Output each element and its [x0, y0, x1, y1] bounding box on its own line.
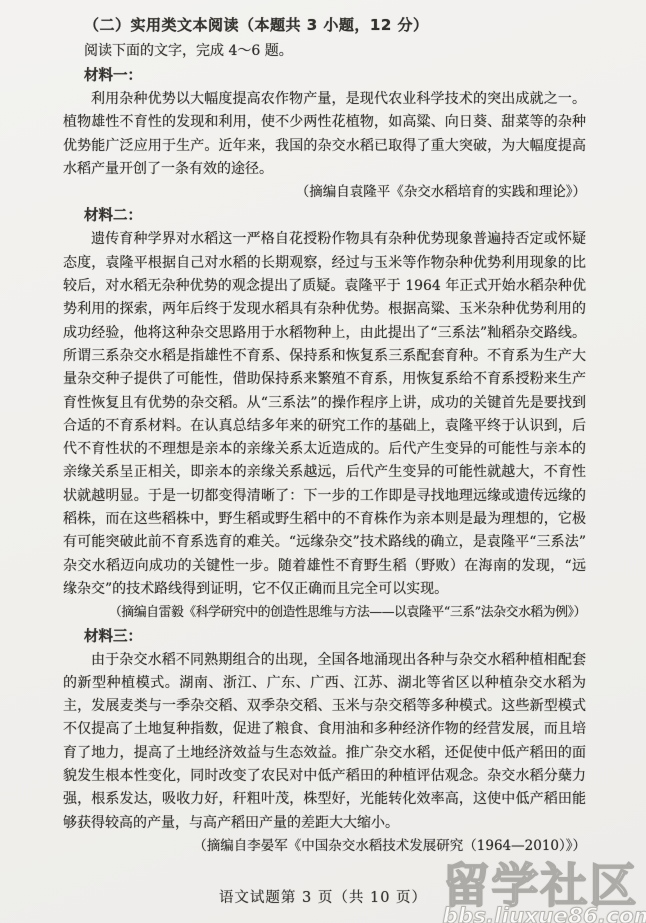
- material-3-paragraph: 由于杂交水稻不同熟期组合的出现，全国各地涌现出各种与杂交水稻种植相配套的新型种植…: [63, 649, 586, 835]
- material-2-citation: （摘编自雷毅《科学研究中的创造性思维与方法——以袁隆平“三系”法杂交水稻为例》）: [63, 601, 586, 624]
- material-1-paragraph: 利用杂种优势以大幅度提高农作物产量，是现代农业科学技术的突出成就之一。植物雄性不…: [63, 88, 586, 181]
- material-2-label: 材料二：: [63, 204, 586, 228]
- material-2-paragraph: 遗传育种学界对水稻这一严格自花授粉作物具有杂种优势现象普遍持否定或怀疑态度，袁隆…: [63, 228, 586, 601]
- material-3-citation: （摘编自李晏军《中国杂交水稻技术发展研究（1964—2010）》）: [63, 835, 586, 858]
- page-number-footer: 语文试题第 3 页（共 10 页）: [0, 886, 646, 907]
- material-1-citation: （摘编自袁隆平《杂交水稻培育的实践和理论》）: [63, 181, 586, 204]
- reading-instruction: 阅读下面的文字，完成 4～6 题。: [63, 38, 586, 64]
- exam-paper-page: （二）实用类文本阅读（本题共 3 小题，12 分） 阅读下面的文字，完成 4～6…: [0, 0, 646, 923]
- material-1-label: 材料一：: [63, 64, 586, 88]
- material-3-label: 材料三：: [63, 625, 586, 649]
- exam-content: （二）实用类文本阅读（本题共 3 小题，12 分） 阅读下面的文字，完成 4～6…: [63, 12, 586, 858]
- watermark-site-url: bbs.liuxue86.com: [442, 906, 646, 923]
- section-title: （二）实用类文本阅读（本题共 3 小题，12 分）: [63, 12, 586, 38]
